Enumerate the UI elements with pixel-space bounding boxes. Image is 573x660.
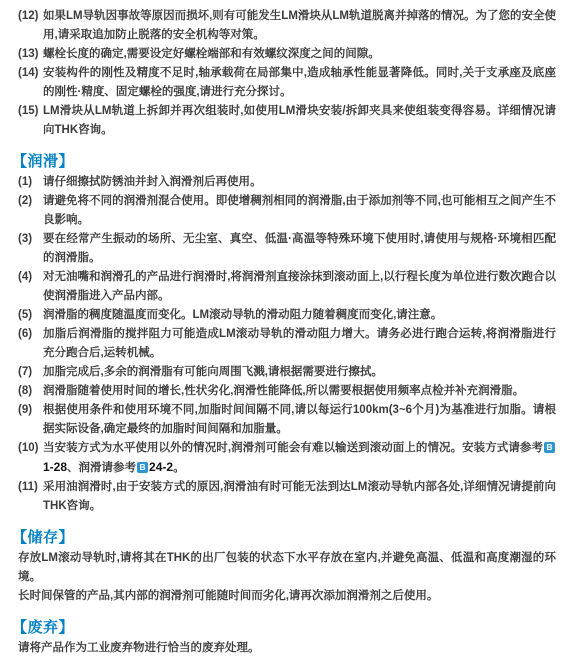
section-heading: 【废弃】 bbox=[12, 618, 556, 637]
section-paragraph: 存放LM滚动导轨时,请将其在THK的出厂包装的状态下水平存放在室内,并避免高温、… bbox=[18, 549, 556, 587]
note-text: 当安装方式为水平使用以外的情况时,润滑剂可能会有难以输送到滚动面上的情况。安装方… bbox=[43, 439, 556, 478]
note-number: (3) bbox=[18, 230, 43, 268]
note-number: (14) bbox=[18, 64, 43, 102]
numbered-note: (2)请避免将不同的润滑剂混合使用。即使增稠剂相同的润滑脂,由于添加剂等不同,也… bbox=[18, 192, 556, 230]
note-number: (10) bbox=[18, 439, 43, 478]
note-text: 请避免将不同的润滑剂混合使用。即使增稠剂相同的润滑脂,由于添加剂等不同,也可能相… bbox=[43, 192, 556, 230]
numbered-note: (9)根据使用条件和使用环境不同,加脂时间间隔不同,请以每运行100km(3~6… bbox=[18, 401, 556, 439]
numbered-note: (14)安装构件的刚性及精度不足时,轴承载荷在局部集中,造成轴承性能显著降低。同… bbox=[18, 64, 556, 102]
note-number: (9) bbox=[18, 401, 43, 439]
note-number: (2) bbox=[18, 192, 43, 230]
section-paragraph: 请将产品作为工业废弃物进行恰当的废弃处理。 bbox=[18, 639, 556, 658]
note-text: 请仔细擦拭防锈油并封入润滑剂后再使用。 bbox=[43, 173, 556, 192]
note-text: 根据使用条件和使用环境不同,加脂时间间隔不同,请以每运行100km(3~6个月)… bbox=[43, 401, 556, 439]
sections-container: 【润滑】(1)请仔细擦拭防锈油并封入润滑剂后再使用。(2)请避免将不同的润滑剂混… bbox=[18, 152, 556, 658]
section-heading: 【储存】 bbox=[12, 528, 556, 547]
page-ref-number: 1-28 bbox=[43, 460, 67, 474]
numbered-note: (8)润滑脂随着使用时间的增长,性状劣化,润滑性能降低,所以需要根据使用频率点检… bbox=[18, 382, 556, 401]
note-number: (5) bbox=[18, 306, 43, 325]
page-ref-badge-icon: B bbox=[137, 462, 148, 473]
note-text: 润滑脂随着使用时间的增长,性状劣化,润滑性能降低,所以需要根据使用频率点检并补充… bbox=[43, 382, 556, 401]
section-heading: 【润滑】 bbox=[12, 152, 556, 171]
page-ref-number: 24-2 bbox=[149, 460, 173, 474]
document-page: (12)如果LM导轨因事故等原因而损坏,则有可能发生LM滑块从LM轨道脱离并掉落… bbox=[0, 0, 573, 658]
section-storage: 【储存】存放LM滚动导轨时,请将其在THK的出厂包装的状态下水平存放在室内,并避… bbox=[18, 528, 556, 606]
note-number: (11) bbox=[18, 478, 43, 516]
page-ref-badge-icon: B bbox=[544, 442, 555, 453]
numbered-note: (6)加脂后润滑脂的搅拌阻力可能造成LM滚动导轨的滑动阻力增大。请务必进行跑合运… bbox=[18, 325, 556, 363]
section-disposal: 【废弃】请将产品作为工业废弃物进行恰当的废弃处理。 bbox=[18, 618, 556, 658]
note-number: (8) bbox=[18, 382, 43, 401]
numbered-note: (5)润滑脂的稠度随温度而变化。LM滚动导轨的滑动阻力随着稠度而变化,请注意。 bbox=[18, 306, 556, 325]
numbered-note: (7)加脂完成后,多余的润滑脂有可能向周围飞溅,请根据需要进行擦拭。 bbox=[18, 363, 556, 382]
numbered-note: (13)螺栓长度的确定,需要设定好螺栓端部和有效螺纹深度之间的间隙。 bbox=[18, 45, 556, 64]
numbered-note: (10)当安装方式为水平使用以外的情况时,润滑剂可能会有难以输送到滚动面上的情况… bbox=[18, 439, 556, 478]
numbered-note: (12)如果LM导轨因事故等原因而损坏,则有可能发生LM滑块从LM轨道脱离并掉落… bbox=[18, 7, 556, 45]
note-text: 安装构件的刚性及精度不足时,轴承载荷在局部集中,造成轴承性能显著降低。同时,关于… bbox=[43, 64, 556, 102]
numbered-note: (1)请仔细擦拭防锈油并封入润滑剂后再使用。 bbox=[18, 173, 556, 192]
note-number: (7) bbox=[18, 363, 43, 382]
note-text: 对无油嘴和润滑孔的产品进行润滑时,将润滑剂直接涂抹到滚动面上,以行程长度为单位进… bbox=[43, 268, 556, 306]
numbered-note: (3)要在经常产生振动的场所、无尘室、真空、低温·高温等特殊环境下使用时,请使用… bbox=[18, 230, 556, 268]
note-number: (1) bbox=[18, 173, 43, 192]
intro-notes-list: (12)如果LM导轨因事故等原因而损坏,则有可能发生LM滑块从LM轨道脱离并掉落… bbox=[18, 7, 556, 140]
note-number: (4) bbox=[18, 268, 43, 306]
section-lubrication: 【润滑】(1)请仔细擦拭防锈油并封入润滑剂后再使用。(2)请避免将不同的润滑剂混… bbox=[18, 152, 556, 516]
numbered-note: (11)采用油润滑时,由于安装方式的原因,润滑油有时可能无法到达LM滚动导轨内部… bbox=[18, 478, 556, 516]
numbered-note: (4)对无油嘴和润滑孔的产品进行润滑时,将润滑剂直接涂抹到滚动面上,以行程长度为… bbox=[18, 268, 556, 306]
note-text: 润滑脂的稠度随温度而变化。LM滚动导轨的滑动阻力随着稠度而变化,请注意。 bbox=[43, 306, 556, 325]
note-number: (13) bbox=[18, 45, 43, 64]
note-text: 加脂完成后,多余的润滑脂有可能向周围飞溅,请根据需要进行擦拭。 bbox=[43, 363, 556, 382]
section-paragraph: 长时间保管的产品,其内部的润滑剂可能随时间而劣化,请再次添加润滑剂之后使用。 bbox=[18, 587, 556, 606]
note-text: 加脂后润滑脂的搅拌阻力可能造成LM滚动导轨的滑动阻力增大。请务必进行跑合运转,将… bbox=[43, 325, 556, 363]
note-number: (12) bbox=[18, 7, 43, 45]
note-number: (6) bbox=[18, 325, 43, 363]
note-number: (15) bbox=[18, 102, 43, 140]
note-text: LM滑块从LM轨道上拆卸并再次组装时,如使用LM滑块安装/拆卸夹具来使组装变得容… bbox=[43, 102, 556, 140]
note-text: 如果LM导轨因事故等原因而损坏,则有可能发生LM滑块从LM轨道脱离并掉落的情况。… bbox=[43, 7, 556, 45]
note-text: 螺栓长度的确定,需要设定好螺栓端部和有效螺纹深度之间的间隙。 bbox=[43, 45, 556, 64]
note-text: 采用油润滑时,由于安装方式的原因,润滑油有时可能无法到达LM滚动导轨内部各处,详… bbox=[43, 478, 556, 516]
numbered-note: (15)LM滑块从LM轨道上拆卸并再次组装时,如使用LM滑块安装/拆卸夹具来使组… bbox=[18, 102, 556, 140]
note-text: 要在经常产生振动的场所、无尘室、真空、低温·高温等特殊环境下使用时,请使用与规格… bbox=[43, 230, 556, 268]
